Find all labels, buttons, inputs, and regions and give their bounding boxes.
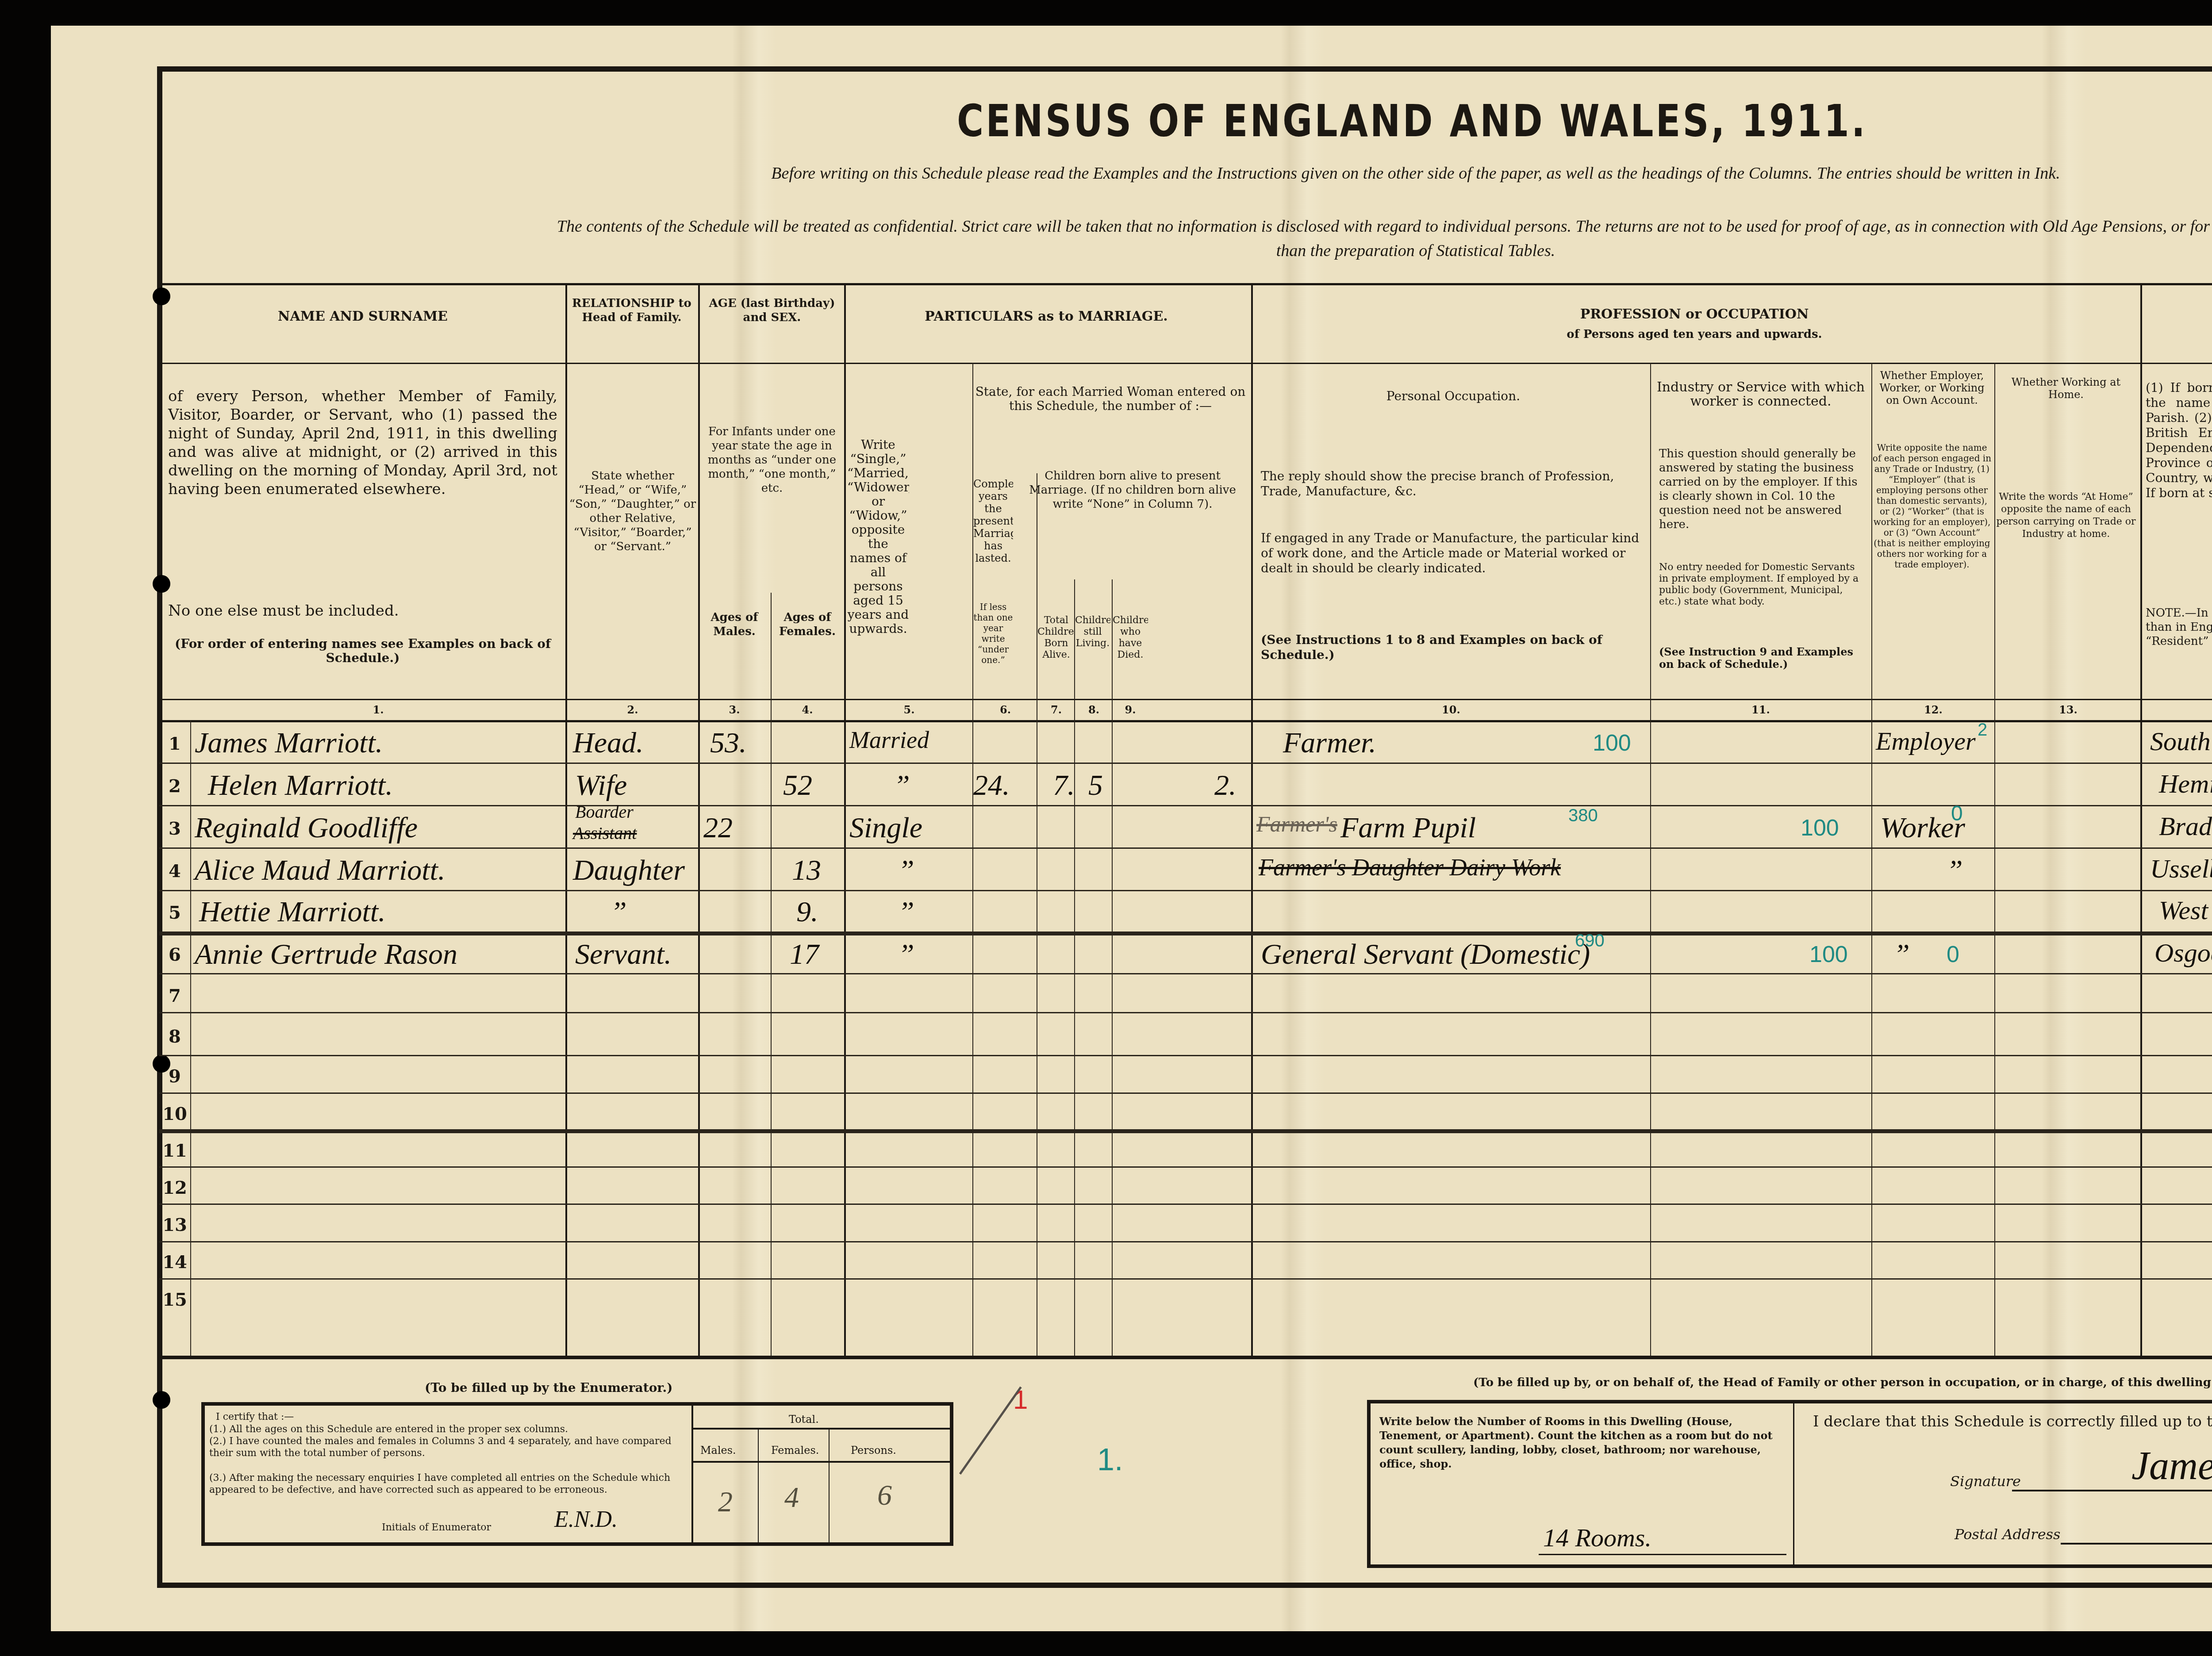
row-number: 11 xyxy=(159,1140,190,1161)
person-occupation: Farm Pupil xyxy=(1340,811,1476,845)
col-divider xyxy=(844,283,846,1358)
confidential-line-2: than the preparation of Statistical Tabl… xyxy=(177,241,2212,261)
person-condition: Single xyxy=(849,811,922,845)
person-age-male: 22 xyxy=(703,811,733,845)
person-relationship: Wife xyxy=(575,769,627,802)
person-relationship: Servant. xyxy=(575,938,672,971)
person-name: Annie Gertrude Rason xyxy=(195,938,457,971)
header-home-body: Write the words “At Home” opposite the n… xyxy=(1995,491,2137,540)
header-industry: Industry or Service with which worker is… xyxy=(1655,380,1867,409)
employment-code: 0 xyxy=(1951,801,1963,826)
header-birthplace-subtitle: of every person. xyxy=(2141,325,2212,339)
header-bottom-rule xyxy=(159,699,2212,700)
row-rule xyxy=(159,1166,2212,1168)
person-birthplace: Osgodby. Lincs xyxy=(2154,938,2212,968)
employment-code: 2 xyxy=(1978,720,1987,740)
col-divider xyxy=(1037,473,1037,1358)
children-living: 5 xyxy=(1088,769,1103,802)
header-relationship-title: RELATIONSHIP to Head of Family. xyxy=(565,296,698,325)
col-divider xyxy=(1251,283,1253,1358)
header-marriage-children: Children born alive to present Marriage.… xyxy=(1018,469,1248,511)
col-num-1: 1. xyxy=(190,703,566,716)
person-name: Helen Marriott. xyxy=(208,769,393,802)
col-divider xyxy=(1650,363,1651,1358)
header-birthplace-title: BIRTHPLACE xyxy=(2141,307,2212,322)
postal-address-line xyxy=(2061,1543,2212,1545)
row-number: 8 xyxy=(159,1026,190,1047)
person-birthplace: West Rasen Lincs xyxy=(2159,895,2212,926)
industry-code: 100 xyxy=(1809,941,1848,968)
row-rule xyxy=(159,1204,2212,1205)
col-num-14: 14. xyxy=(2141,703,2212,716)
header-marriage-living: Children still Living. xyxy=(1075,615,1110,649)
rooms-underline xyxy=(1539,1554,1786,1555)
col-num-5: 5. xyxy=(845,703,973,716)
children-died: 2. xyxy=(1214,769,1237,802)
signature-line xyxy=(2012,1490,2212,1491)
header-mid-rule xyxy=(159,363,2212,364)
col-num-12: 12. xyxy=(1871,703,1995,716)
person-occupation-struck: Farmer's xyxy=(1256,811,1337,837)
row-rule xyxy=(159,890,2212,891)
enumerator-initials: E.N.D. xyxy=(554,1506,618,1533)
instruction-line: Before writing on this Schedule please r… xyxy=(177,164,2212,183)
col-num-6: 6. xyxy=(973,703,1037,716)
person-birthplace: Bradford. Yorks xyxy=(2159,811,2212,842)
person-condition: ” xyxy=(894,769,910,802)
row-number: 12 xyxy=(159,1177,190,1198)
row-rule xyxy=(159,1278,2212,1280)
person-name: Alice Maud Marriott. xyxy=(195,854,445,887)
total-persons: 6 xyxy=(877,1479,892,1512)
header-industry-body-1: This question should generally be answer… xyxy=(1659,447,1867,532)
person-employment: Employer xyxy=(1876,726,1976,756)
table-bottom-rule xyxy=(159,1356,2212,1359)
persons-label: Persons. xyxy=(851,1443,896,1457)
header-name-order-note: (For order of entering names see Example… xyxy=(168,637,557,665)
males-label: Males. xyxy=(700,1443,736,1457)
enumerator-certify: I certify that :— xyxy=(216,1411,685,1423)
header-occupation-title: PROFESSION or OCCUPATION xyxy=(1252,307,2137,322)
occupation-code: 380 xyxy=(1568,806,1598,826)
row-number: 6 xyxy=(159,944,190,965)
person-occupation: Farmer. xyxy=(1283,726,1376,760)
header-age-males: Ages of Males. xyxy=(699,610,770,639)
row-rule xyxy=(159,1055,2212,1056)
person-name: Hettie Marriott. xyxy=(199,895,386,929)
col-divider xyxy=(565,283,567,1358)
punch-hole xyxy=(153,575,170,593)
marriage-years: 24. xyxy=(973,769,1010,802)
col-num-2: 2. xyxy=(566,703,699,716)
employment-code: 0 xyxy=(1947,941,1959,968)
header-top-rule xyxy=(159,283,2212,285)
person-age-female: 9. xyxy=(796,895,818,929)
row-number: 15 xyxy=(159,1289,190,1310)
header-age-body: For Infants under one year state the age… xyxy=(701,425,843,495)
signature: James Marriott xyxy=(2131,1443,2212,1489)
row-number: 9 xyxy=(159,1066,190,1087)
total-males: 2 xyxy=(718,1485,733,1519)
row-rule xyxy=(159,1012,2212,1013)
col-divider xyxy=(2140,283,2142,1358)
header-relationship-body: State whether “Head,” or “Wife,” “Son,” … xyxy=(566,469,699,554)
row-rule xyxy=(159,805,2212,806)
row-rule xyxy=(159,1129,2212,1133)
row-number: 10 xyxy=(159,1104,190,1124)
enumerator-item-1: (1.) All the ages on this Schedule are e… xyxy=(209,1423,687,1435)
occupation-code: 100 xyxy=(1593,730,1631,756)
enumerator-divider xyxy=(691,1406,693,1543)
person-age-female: 52 xyxy=(783,769,812,802)
person-name: James Marriott. xyxy=(195,726,383,760)
col-num-3: 3. xyxy=(699,703,770,716)
col-divider xyxy=(972,363,973,1358)
household-heading: (To be filled up by, or on behalf of, th… xyxy=(1473,1376,2212,1390)
person-employment: ” xyxy=(1893,938,1910,971)
person-occupation-struck: Farmer's Daughter Dairy Work xyxy=(1259,854,1561,881)
person-condition: ” xyxy=(898,895,914,929)
header-birthplace-note: NOTE.—In the case of persons born elsewh… xyxy=(2146,606,2212,648)
row-number: 3 xyxy=(159,818,190,839)
person-birthplace: Usselby. Lincs xyxy=(2150,854,2212,884)
row-rule xyxy=(159,1092,2212,1094)
teal-tally-mark: 1. xyxy=(1097,1442,1123,1477)
colnum-rule xyxy=(159,720,2212,722)
col-num-11: 11. xyxy=(1650,703,1871,716)
total-col-divider xyxy=(758,1428,759,1543)
row-rule xyxy=(159,763,2212,764)
col-divider xyxy=(1871,363,1872,1358)
enumerator-heading: (To be filled up by the Enumerator.) xyxy=(425,1381,673,1395)
col-divider xyxy=(771,593,772,1358)
person-condition: ” xyxy=(898,938,914,971)
person-birthplace: South Kelsey. Lincs xyxy=(2150,726,2212,757)
col-divider xyxy=(1994,363,1995,1358)
header-personal-body-1: The reply should show the precise branch… xyxy=(1261,469,1641,499)
enumerator-item-3: (3.) After making the necessary enquirie… xyxy=(209,1472,687,1496)
header-industry-body-3: (See Instruction 9 and Examples on back … xyxy=(1659,646,1867,671)
col-num-8: 8. xyxy=(1075,703,1113,716)
person-relationship-struck: Assistant xyxy=(573,823,637,843)
enumerator-initials-label: Initials of Enumerator xyxy=(382,1521,491,1535)
row-number: 13 xyxy=(159,1215,190,1235)
total-rule xyxy=(691,1461,950,1463)
col-divider xyxy=(698,283,700,1358)
header-name-body: of every Person, whether Member of Famil… xyxy=(168,387,557,498)
header-marriage-years: Completed years the present Marriage has… xyxy=(973,478,1013,564)
children-total: 7. xyxy=(1053,769,1075,802)
person-condition: ” xyxy=(898,854,914,887)
person-relationship: Head. xyxy=(573,726,643,760)
col-num-7: 7. xyxy=(1037,703,1075,716)
row-number: 4 xyxy=(159,861,190,882)
total-label: Total. xyxy=(789,1412,819,1426)
person-relationship: ” xyxy=(611,895,627,929)
col-num-10: 10. xyxy=(1252,703,1650,716)
header-name-no-one-else: No one else must be included. xyxy=(168,604,557,618)
header-personal-body-2: If engaged in any Trade or Manufacture, … xyxy=(1261,531,1641,576)
col-num-4: 4. xyxy=(772,703,843,716)
total-rule xyxy=(691,1428,950,1430)
person-age-male: 53. xyxy=(710,726,747,760)
enumerator-item-2: (2.) I have counted the males and female… xyxy=(209,1435,687,1459)
header-employer-body: Write opposite the name of each person e… xyxy=(1872,442,1992,570)
row-number: 5 xyxy=(159,902,190,923)
header-personal-occupation: Personal Occupation. xyxy=(1256,389,1650,403)
row-rule xyxy=(159,973,2212,974)
header-occupation-subtitle: of Persons aged ten years and upwards. xyxy=(1252,327,2137,341)
total-females: 4 xyxy=(784,1481,799,1514)
document-title: CENSUS OF ENGLAND AND WALES, 1911. xyxy=(254,95,2212,147)
header-birthplace-body: (1) If born in the United Kingdom, write… xyxy=(2146,380,2212,501)
row-rule xyxy=(159,847,2212,849)
person-employment: ” xyxy=(1947,854,1963,887)
header-employer: Whether Employer, Worker, or Working on … xyxy=(1872,369,1992,406)
header-age-females: Ages of Females. xyxy=(772,610,843,639)
col-num-9: 9. xyxy=(1113,703,1148,716)
row-number: 2 xyxy=(159,776,190,797)
header-name-title: NAME AND SURNAME xyxy=(159,310,566,324)
enumerator-box: I certify that :— (1.) All the ages on t… xyxy=(201,1402,953,1546)
header-personal-body-3: (See Instructions 1 to 8 and Examples on… xyxy=(1261,632,1641,663)
signature-label: Signature xyxy=(1950,1474,2021,1488)
confidential-line: The contents of the Schedule will be tre… xyxy=(186,217,2212,236)
row-number: 7 xyxy=(159,985,190,1006)
industry-code: 100 xyxy=(1801,815,1839,841)
person-occupation: General Servant (Domestic) xyxy=(1261,938,1590,971)
punch-hole xyxy=(153,1391,170,1409)
rownum-divider xyxy=(190,720,191,1357)
rooms-instruction: Write below the Number of Rooms in this … xyxy=(1379,1414,1786,1471)
row-number: 14 xyxy=(159,1252,190,1273)
header-age-title: AGE (last Birthday) and SEX. xyxy=(699,296,845,325)
household-box: Write below the Number of Rooms in this … xyxy=(1367,1400,2212,1568)
header-marriage-married-woman: State, for each Married Woman entered on… xyxy=(973,385,1248,413)
person-name: Reginald Goodliffe xyxy=(195,811,418,845)
header-marriage-title: PARTICULARS as to MARRIAGE. xyxy=(845,310,1248,324)
header-industry-body-2: No entry needed for Domestic Servants in… xyxy=(1659,562,1867,608)
postal-address-label: Postal Address xyxy=(1955,1527,2060,1541)
header-marriage-years-note: If less than one year write “under one.” xyxy=(973,602,1013,665)
row-rule xyxy=(159,931,2212,935)
females-label: Females. xyxy=(771,1443,819,1457)
occupation-code: 690 xyxy=(1575,931,1605,951)
person-age-female: 17 xyxy=(790,938,819,971)
header-marriage-total: Total Children Born Alive. xyxy=(1037,615,1075,661)
declaration-text: I declare that this Schedule is correctl… xyxy=(1813,1414,2212,1429)
person-age-female: 13 xyxy=(792,854,821,887)
person-birthplace: Hemingby. Lincs xyxy=(2159,769,2212,799)
total-col-divider xyxy=(829,1428,829,1543)
person-relationship: Boarder xyxy=(575,801,634,822)
row-rule xyxy=(159,1241,2212,1242)
person-condition: Married xyxy=(849,726,929,754)
punch-hole xyxy=(153,287,170,305)
header-marriage-died: Children who have Died. xyxy=(1113,615,1148,661)
col-num-13: 13. xyxy=(1995,703,2141,716)
person-relationship: Daughter xyxy=(573,854,685,887)
household-divider xyxy=(1793,1403,1794,1565)
row-number: 1 xyxy=(159,733,190,754)
header-marriage-condition: Write “Single,” “Married,” “Widower,” or… xyxy=(847,438,909,636)
rooms-count: 14 Rooms. xyxy=(1543,1523,1651,1552)
header-home: Whether Working at Home. xyxy=(1995,376,2137,401)
